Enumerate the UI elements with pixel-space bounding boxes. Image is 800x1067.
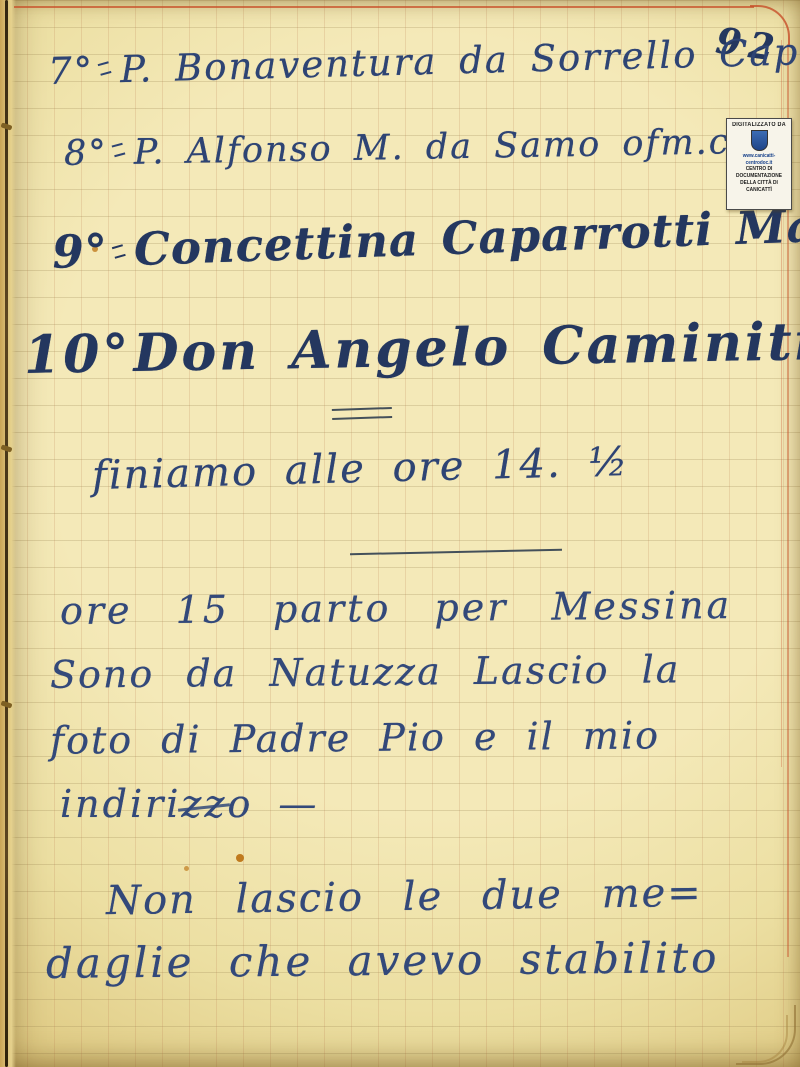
entry-10-ordinal: 10°: [24, 323, 132, 386]
stamp-org-line1: CENTRO DI DOCUMENTAZIONE: [732, 166, 787, 180]
entry-9-signature: 9°Concettina Caparrotti Mamone: [51, 194, 800, 279]
closing-time-line: finiamo alle ore 14. ½: [91, 439, 629, 499]
note-line: foto di Padre Pio e il mio: [50, 713, 660, 762]
ordinal-dash-mark: [112, 244, 126, 259]
note-line: Non lascio le due me=: [106, 870, 703, 924]
ordinal-dash-mark: [111, 143, 125, 157]
foxing-spot: [184, 866, 189, 871]
pen-divider-line: [350, 549, 562, 555]
digitization-stamp: DIGITALIZZATO DA www.canicatti-centrodoc…: [726, 118, 792, 210]
entry-7: 7°P. Bonaventura da Sorrello Cap.: [48, 30, 800, 93]
entry-9-ordinal: 9°: [51, 224, 109, 279]
stamp-website: www.canicatti-centrodoc.it: [733, 153, 786, 166]
binding-gutter: [0, 0, 16, 1067]
entry-8: 8°P. Alfonso M. da Samo ofm.c.: [64, 122, 744, 174]
note-line: daglie che avevo stabilito: [46, 933, 720, 988]
foxing-spot: [236, 854, 244, 862]
red-margin-line-top: [14, 6, 754, 8]
entry-7-text: P. Bonaventura da Sorrello Cap.: [120, 30, 800, 91]
entry-8-text: P. Alfonso M. da Samo ofm.c.: [133, 122, 743, 173]
city-crest-shield-icon: [751, 130, 768, 151]
entry-10-signature: 10°Don Angelo Caminiti: [24, 311, 800, 386]
notebook-page-scan: 92 7°P. Bonaventura da Sorrello Cap. 8°P…: [0, 0, 800, 1067]
signature-underline: [332, 407, 392, 420]
stamp-org-line2: DELLA CITTÀ DI CANICATTÌ: [732, 180, 787, 194]
note-line: Sono da Natuzza Lascio la: [50, 647, 681, 696]
entry-7-ordinal: 7°: [48, 49, 95, 93]
ordinal-dash-mark: [98, 61, 112, 76]
entry-10-text: Don Angelo Caminiti: [133, 311, 800, 384]
note-line: indirizzo —: [60, 782, 319, 826]
note-line: ore 15 parto per Messina: [60, 583, 733, 633]
entry-8-ordinal: 8°: [64, 133, 108, 174]
entry-9-text: Concettina Caparrotti Mamone: [133, 194, 800, 276]
stamp-header: DIGITALIZZATO DA: [731, 122, 787, 128]
binding-edge-line: [5, 0, 8, 1067]
